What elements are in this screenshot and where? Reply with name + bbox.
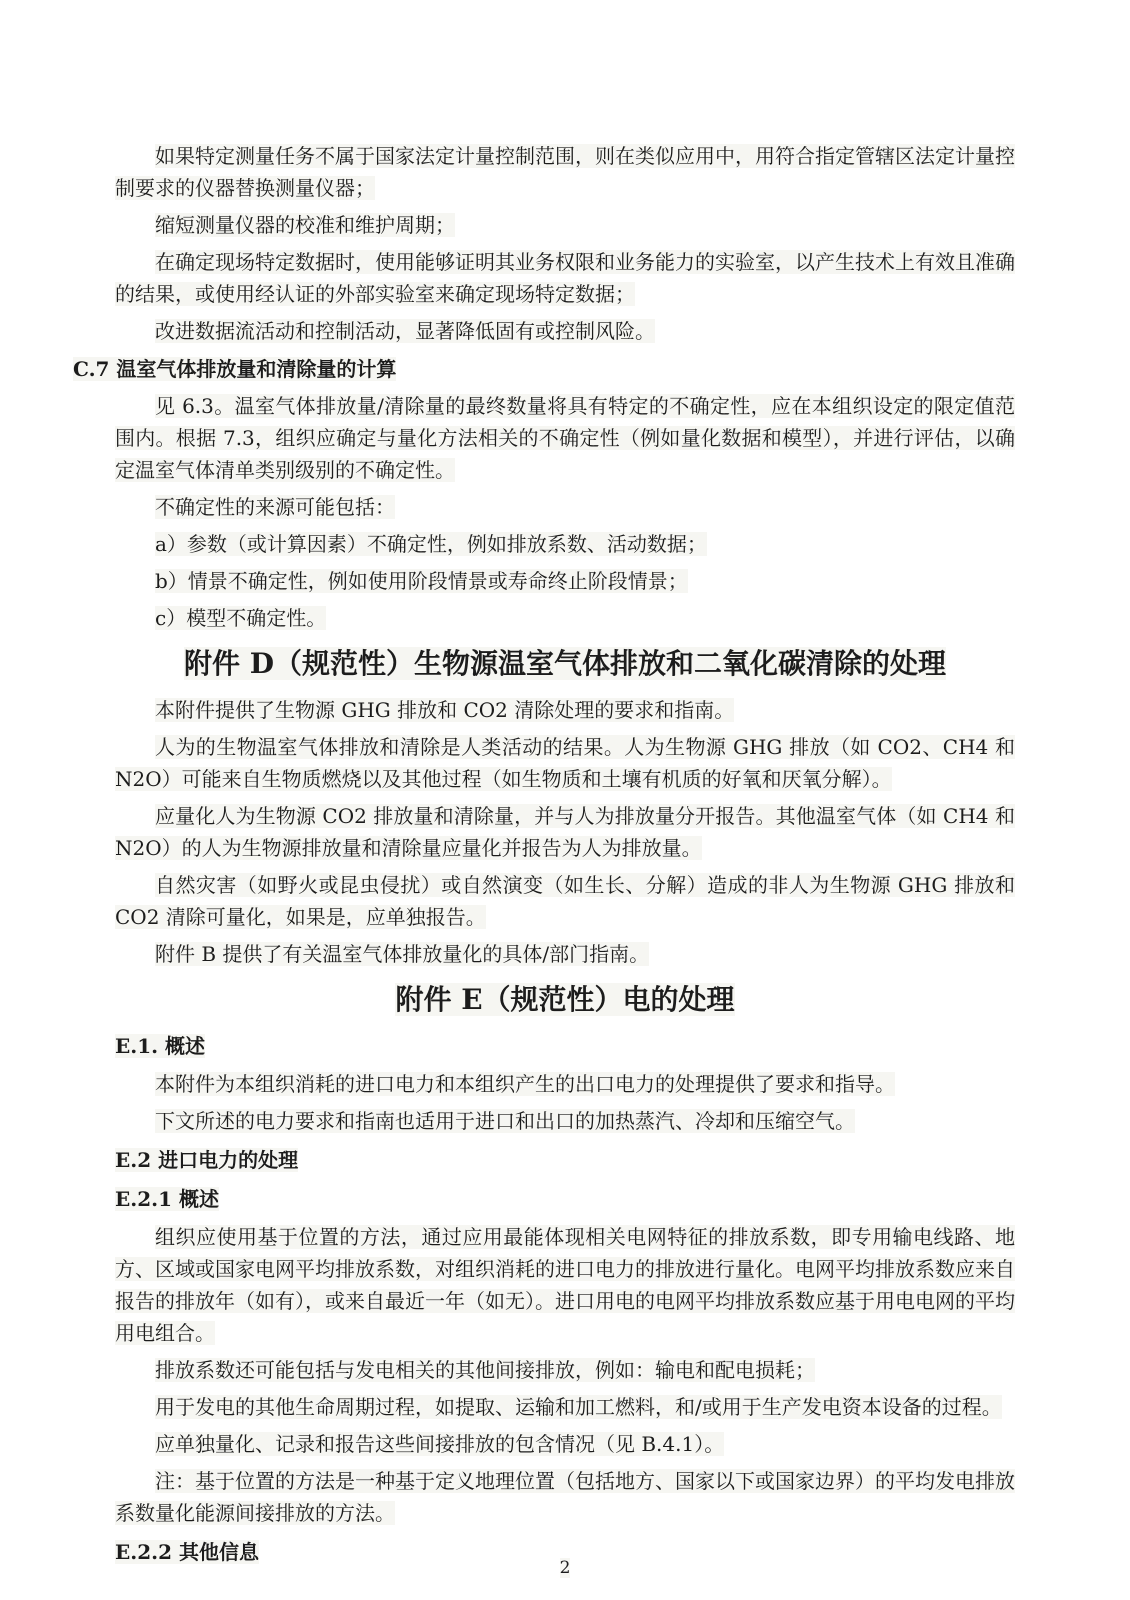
paragraph-text: 组织应使用基于位置的方法，通过应用最能体现相关电网特征的排放系数，即专用输电线路… <box>115 1225 1015 1345</box>
paragraph: 在确定现场特定数据时，使用能够证明其业务权限和业务能力的实验室，以产生技术上有效… <box>115 246 1015 310</box>
list-item-text: a）参数（或计算因素）不确定性，例如排放系数、活动数据； <box>155 532 707 556</box>
paragraph-text: 本附件提供了生物源 GHG 排放和 CO2 清除处理的要求和指南。 <box>155 698 734 722</box>
paragraph: 组织应使用基于位置的方法，通过应用最能体现相关电网特征的排放系数，即专用输电线路… <box>115 1221 1015 1349</box>
heading-text: C.7 温室气体排放量和清除量的计算 <box>73 357 396 381</box>
section-heading-c7: C.7 温室气体排放量和清除量的计算 <box>73 353 1015 385</box>
paragraph: 自然灾害（如野火或昆虫侵扰）或自然演变（如生长、分解）造成的非人为生物源 GHG… <box>115 869 1015 933</box>
paragraph: 本附件提供了生物源 GHG 排放和 CO2 清除处理的要求和指南。 <box>115 694 1015 726</box>
paragraph: 本附件为本组织消耗的进口电力和本组织产生的出口电力的处理提供了要求和指导。 <box>115 1068 1015 1100</box>
document-page: 如果特定测量任务不属于国家法定计量控制范围，则在类似应用中，用符合指定管辖区法定… <box>0 0 1130 1600</box>
paragraph-text: 在确定现场特定数据时，使用能够证明其业务权限和业务能力的实验室，以产生技术上有效… <box>115 250 1015 306</box>
note-paragraph: 注：基于位置的方法是一种基于定义地理位置（包括地方、国家以下或国家边界）的平均发… <box>115 1465 1015 1529</box>
page-number-text: 2 <box>560 1558 571 1578</box>
list-item-text: c）模型不确定性。 <box>155 606 326 630</box>
paragraph-text: 附件 B 提供了有关温室气体排放量化的具体/部门指南。 <box>155 942 649 966</box>
section-heading-e21: E.2.1 概述 <box>115 1183 1015 1215</box>
paragraph-text: 用于发电的其他生命周期过程，如提取、运输和加工燃料，和/或用于生产发电资本设备的… <box>155 1395 1002 1419</box>
paragraph: 下文所述的电力要求和指南也适用于进口和出口的加热蒸汽、冷却和压缩空气。 <box>115 1105 1015 1137</box>
list-item-c: c）模型不确定性。 <box>115 602 1015 634</box>
paragraph-text: 应单独量化、记录和报告这些间接排放的包含情况（见 B.4.1）。 <box>155 1432 724 1456</box>
paragraph-text: 改进数据流活动和控制活动，显著降低固有或控制风险。 <box>155 319 655 343</box>
annex-title-text: 附件 D（规范性）生物源温室气体排放和二氧化碳清除的处理 <box>184 647 946 680</box>
heading-text: E.2.1 概述 <box>115 1187 219 1211</box>
paragraph: 附件 B 提供了有关温室气体排放量化的具体/部门指南。 <box>115 938 1015 970</box>
paragraph-text: 排放系数还可能包括与发电相关的其他间接排放，例如：输电和配电损耗； <box>155 1358 815 1382</box>
annex-d-title: 附件 D（规范性）生物源温室气体排放和二氧化碳清除的处理 <box>115 643 1015 685</box>
page-number: 2 <box>0 1556 1130 1580</box>
paragraph: 排放系数还可能包括与发电相关的其他间接排放，例如：输电和配电损耗； <box>115 1354 1015 1386</box>
paragraph: 缩短测量仪器的校准和维护周期； <box>115 209 1015 241</box>
annex-title-text: 附件 E（规范性）电的处理 <box>395 983 734 1016</box>
paragraph-text: 不确定性的来源可能包括： <box>155 495 395 519</box>
annex-e-title: 附件 E（规范性）电的处理 <box>115 979 1015 1021</box>
paragraph: 应单独量化、记录和报告这些间接排放的包含情况（见 B.4.1）。 <box>115 1428 1015 1460</box>
paragraph-text: 见 6.3。温室气体排放量/清除量的最终数量将具有特定的不确定性，应在本组织设定… <box>115 394 1015 482</box>
paragraph-text: 下文所述的电力要求和指南也适用于进口和出口的加热蒸汽、冷却和压缩空气。 <box>155 1109 855 1133</box>
paragraph: 见 6.3。温室气体排放量/清除量的最终数量将具有特定的不确定性，应在本组织设定… <box>115 390 1015 486</box>
heading-text: E.2 进口电力的处理 <box>115 1148 298 1172</box>
section-heading-e1: E.1. 概述 <box>115 1030 1015 1062</box>
heading-text: E.1. 概述 <box>115 1034 205 1058</box>
paragraph-text: 缩短测量仪器的校准和维护周期； <box>155 213 455 237</box>
paragraph: 人为的生物温室气体排放和清除是人类活动的结果。人为生物源 GHG 排放（如 CO… <box>115 731 1015 795</box>
paragraph: 用于发电的其他生命周期过程，如提取、运输和加工燃料，和/或用于生产发电资本设备的… <box>115 1391 1015 1423</box>
paragraph: 如果特定测量任务不属于国家法定计量控制范围，则在类似应用中，用符合指定管辖区法定… <box>115 140 1015 204</box>
paragraph: 改进数据流活动和控制活动，显著降低固有或控制风险。 <box>115 315 1015 347</box>
list-item-b: b）情景不确定性，例如使用阶段情景或寿命终止阶段情景； <box>115 565 1015 597</box>
paragraph: 应量化人为生物源 CO2 排放量和清除量，并与人为排放量分开报告。其他温室气体（… <box>115 800 1015 864</box>
paragraph-text: 自然灾害（如野火或昆虫侵扰）或自然演变（如生长、分解）造成的非人为生物源 GHG… <box>115 873 1015 929</box>
paragraph-text: 如果特定测量任务不属于国家法定计量控制范围，则在类似应用中，用符合指定管辖区法定… <box>115 144 1015 200</box>
paragraph-text: 人为的生物温室气体排放和清除是人类活动的结果。人为生物源 GHG 排放（如 CO… <box>115 735 1015 791</box>
paragraph: 不确定性的来源可能包括： <box>115 491 1015 523</box>
paragraph-text: 本附件为本组织消耗的进口电力和本组织产生的出口电力的处理提供了要求和指导。 <box>155 1072 895 1096</box>
paragraph-text: 应量化人为生物源 CO2 排放量和清除量，并与人为排放量分开报告。其他温室气体（… <box>115 804 1015 860</box>
note-text: 注：基于位置的方法是一种基于定义地理位置（包括地方、国家以下或国家边界）的平均发… <box>115 1469 1015 1525</box>
section-heading-e2: E.2 进口电力的处理 <box>115 1144 1015 1176</box>
list-item-text: b）情景不确定性，例如使用阶段情景或寿命终止阶段情景； <box>155 569 688 593</box>
list-item-a: a）参数（或计算因素）不确定性，例如排放系数、活动数据； <box>115 528 1015 560</box>
